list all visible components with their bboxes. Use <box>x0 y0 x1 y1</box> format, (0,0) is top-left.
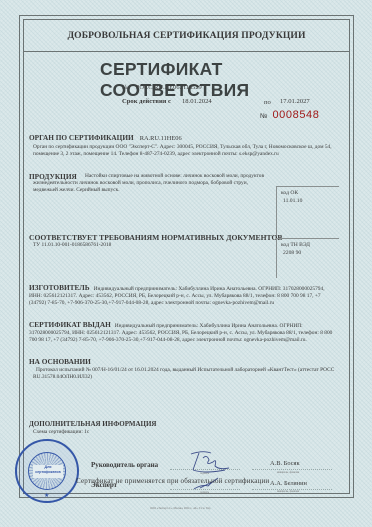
certification-stamp: Для сертификатов ★ <box>15 439 79 503</box>
head-name-line <box>252 469 332 470</box>
head-name-caption: инициалы, фамилия <box>277 471 299 474</box>
star-icon: ★ <box>44 493 49 499</box>
ok-code-label: код ОК <box>281 190 298 196</box>
issued-to-heading: СЕРТИФИКАТ ВЫДАН <box>29 320 111 329</box>
additional-info-heading: ДОПОЛНИТЕЛЬНАЯ ИНФОРМАЦИЯ <box>29 420 156 428</box>
product-text: Настойки спиртовые на животной основе: л… <box>33 173 271 194</box>
certification-body-code: RA.RU.11НЕ06 <box>140 135 182 142</box>
certification-body-label: ОРГАН ПО СЕРТИФИКАЦИИ <box>29 133 134 142</box>
additional-info-text: Схема сертификации: 1с <box>33 429 335 436</box>
validity-label: Срок действия с <box>122 98 171 105</box>
valid-from-date: 18.01.2024 <box>182 98 212 105</box>
registration-number: № РОСС RU.НЕ06.Н18529 <box>122 84 202 91</box>
stamp-emblem: Для сертификатов <box>28 452 66 490</box>
expert-name: А.А. Белянин <box>270 480 307 487</box>
stamp-center-text: Для сертификатов <box>33 465 63 478</box>
head-signature <box>185 448 235 476</box>
voluntary-certification-header: ДОБРОВОЛЬНАЯ СЕРТИФИКАЦИЯ ПРОДУКЦИИ <box>23 19 350 52</box>
serial-label: № <box>260 113 268 120</box>
head-name: А.В. Босяк <box>270 460 300 467</box>
head-of-body-label: Руководитель органа <box>91 461 158 469</box>
compliance-heading: СООТВЕТСТВУЕТ ТРЕБОВАНИЯМ НОРМАТИВНЫХ ДО… <box>29 233 282 242</box>
stamp-line-2: сертификатов <box>33 470 63 475</box>
serial-number: 0008548 <box>272 109 319 121</box>
ok-code-value: 11.01.10 <box>281 198 339 204</box>
expert-name-caption: инициалы, фамилия <box>277 490 299 493</box>
manufacturer-section: ИЗГОТОВИТЕЛЬИндивидуальный предпринимате… <box>29 284 337 307</box>
print-info: ООО «Эксперт-С», Москва, 2024 г., «Б», Т… <box>150 507 210 510</box>
ok-code-box: код ОК 11.01.10 <box>276 186 339 236</box>
manufacturer-heading: ИЗГОТОВИТЕЛЬ <box>29 283 90 292</box>
validity-period: Срок действия с 18.01.2024 по 17.01.2027 <box>122 98 352 105</box>
tnved-code-box: код ТН ВЭД 2208 90 <box>276 238 339 278</box>
valid-to-date: 17.01.2027 <box>280 98 310 105</box>
issued-to-section: СЕРТИФИКАТ ВЫДАНИндивидуальный предприни… <box>29 321 337 344</box>
valid-to-label: по <box>264 99 271 106</box>
tnved-code-value: 2208 90 <box>281 250 339 256</box>
number-label: № <box>122 84 128 91</box>
certificate-title: СЕРТИФИКАТ СООТВЕТСТВИЯ <box>100 59 372 101</box>
certification-body-text: Орган по сертификации продукции ООО "Экс… <box>33 144 335 158</box>
registration-number-value: РОСС RU.НЕ06.Н18529 <box>136 84 202 91</box>
blank-serial: № 0008548 <box>260 109 320 121</box>
voluntary-note: Сертификат не применяется при обязательн… <box>76 477 269 485</box>
basis-text: Протокол испытаний № 007/Н-16/01/24 от 1… <box>33 367 335 381</box>
certification-body-heading: ОРГАН ПО СЕРТИФИКАЦИИRA.RU.11НЕ06 <box>29 133 182 142</box>
tnved-code-label: код ТН ВЭД <box>281 242 310 248</box>
basis-heading: НА ОСНОВАНИИ <box>29 357 91 366</box>
